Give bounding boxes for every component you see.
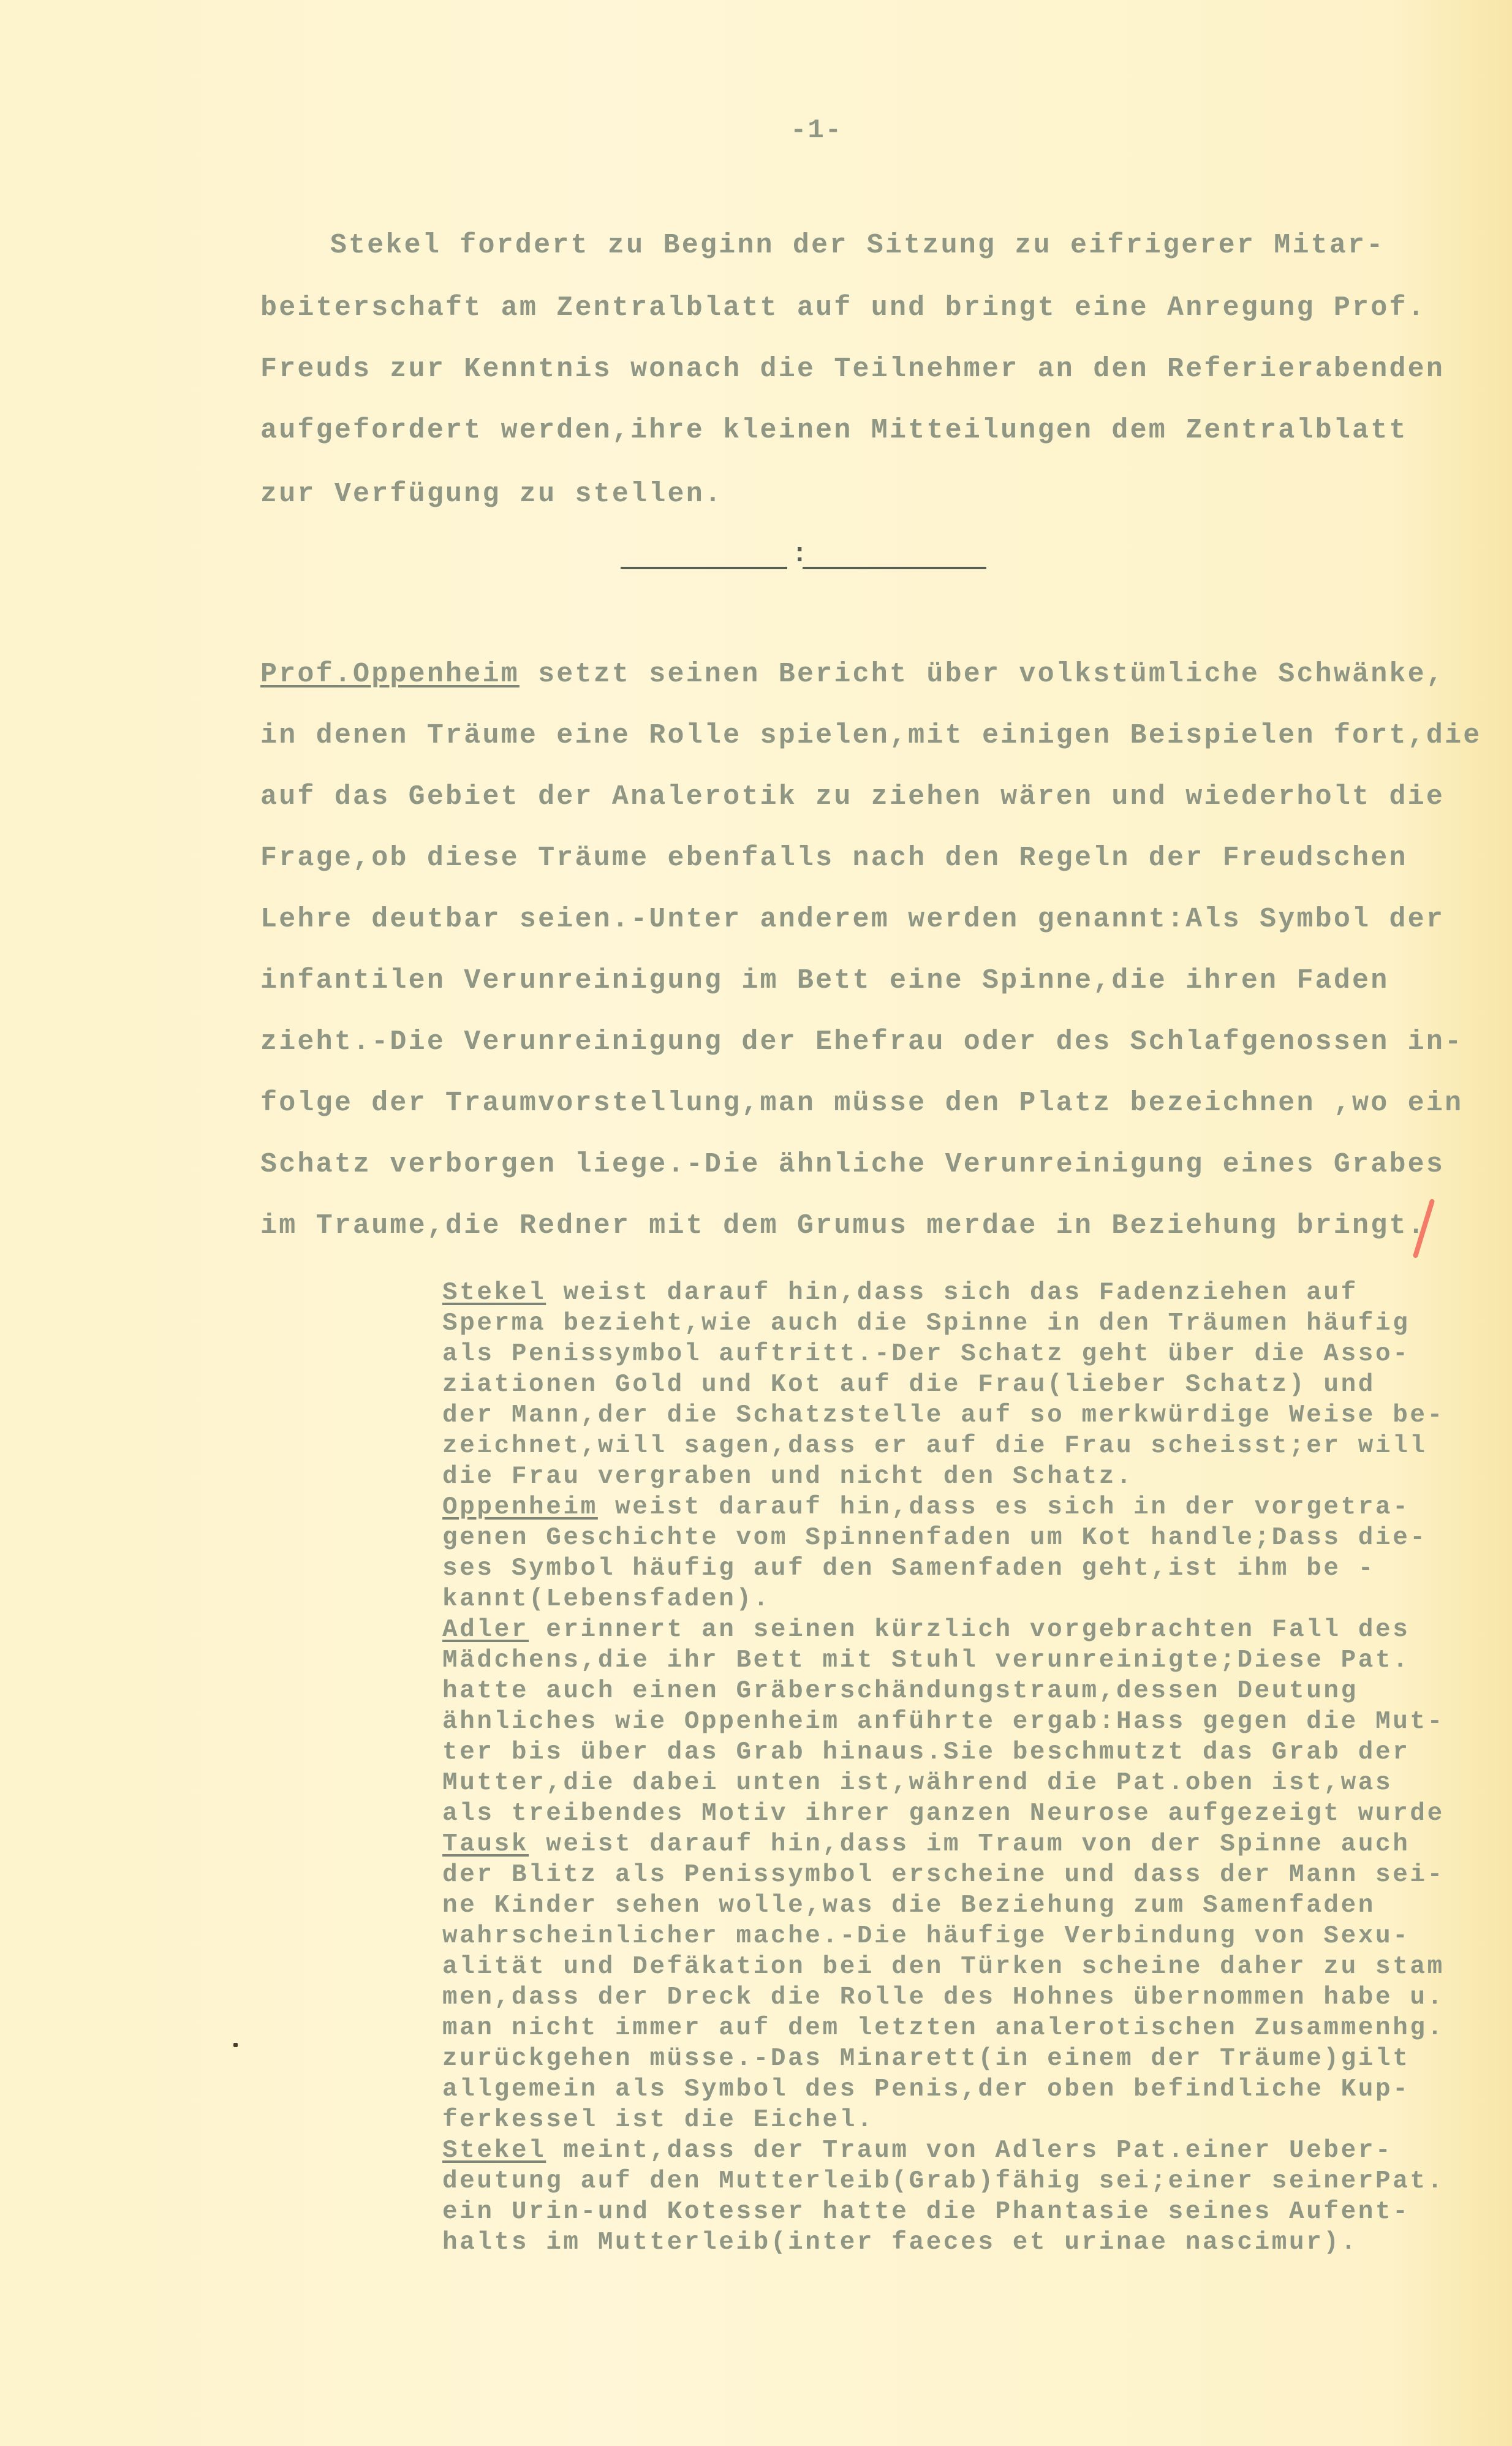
discussion-line: Stekel meint,dass der Traum von Adlers P… bbox=[442, 2138, 1393, 2164]
discussion-line: Stekel weist darauf hin,dass sich das Fa… bbox=[442, 1281, 1358, 1306]
discussion-line: genen Geschichte vom Spinnenfaden um Kot… bbox=[442, 1526, 1427, 1551]
discussion-line: man nicht immer auf dem letzten analerot… bbox=[442, 2016, 1445, 2041]
divider-colon: : bbox=[792, 539, 807, 570]
paragraph-line: zur Verfügung zu stellen. bbox=[260, 480, 723, 508]
paragraph-line: Schatz verborgen liege.-Die ähnliche Ver… bbox=[260, 1151, 1445, 1178]
discussion-line: Mädchens,die ihr Bett mit Stuhl verunrei… bbox=[442, 1648, 1410, 1673]
paragraph-line: aufgefordert werden,ihre kleinen Mitteil… bbox=[260, 417, 1408, 444]
discussion-line: allgemein als Symbol des Penis,der oben … bbox=[442, 2077, 1410, 2102]
discussion-line: Adler erinnert an seinen kürzlich vorgeb… bbox=[442, 1618, 1410, 1643]
discussion-line: ferkessel ist die Eichel. bbox=[442, 2108, 874, 2133]
discussion-line: deutung auf den Mutterleib(Grab)fähig se… bbox=[442, 2169, 1445, 2194]
speaker-name: Adler bbox=[442, 1616, 529, 1644]
paragraph-line: folge der Traumvorstellung,man müsse den… bbox=[260, 1089, 1463, 1117]
speaker-name: Stekel bbox=[442, 2137, 546, 2165]
speaker-name: Prof.Oppenheim bbox=[260, 659, 520, 690]
discussion-line: alität und Defäkation bei den Türken sch… bbox=[442, 1955, 1445, 1980]
discussion-line: ein Urin-und Kotesser hatte die Phantasi… bbox=[442, 2200, 1410, 2225]
discussion-line: die Frau vergraben und nicht den Schatz. bbox=[442, 1464, 1133, 1490]
paragraph-line: zieht.-Die Verunreinigung der Ehefrau od… bbox=[260, 1028, 1463, 1056]
discussion-line: men,dass der Dreck die Rolle des Hohnes … bbox=[442, 1985, 1445, 2010]
discussion-line: der Blitz als Penissymbol erscheine und … bbox=[442, 1863, 1445, 1888]
divider-line-right bbox=[803, 567, 986, 569]
discussion-line: ziationen Gold und Kot auf die Frau(lieb… bbox=[442, 1373, 1375, 1398]
paragraph-line: Stekel fordert zu Beginn der Sitzung zu … bbox=[256, 232, 1385, 259]
discussion-line: ähnliches wie Oppenheim anführte ergab:H… bbox=[442, 1710, 1445, 1735]
paragraph-line: infantilen Verunreinigung im Bett eine S… bbox=[260, 967, 1389, 994]
margin-speck bbox=[233, 2043, 238, 2047]
paragraph-line: im Traume,die Redner mit dem Grumus merd… bbox=[260, 1212, 1426, 1240]
speaker-name: Oppenheim bbox=[442, 1493, 598, 1521]
discussion-line: kannt(Lebensfaden). bbox=[442, 1587, 771, 1612]
discussion-line: Sperma bezieht,wie auch die Spinne in de… bbox=[442, 1311, 1410, 1336]
paragraph-line: in denen Träume eine Rolle spielen,mit e… bbox=[260, 722, 1482, 749]
discussion-line: zurückgehen müsse.-Das Minarett(in einem… bbox=[442, 2047, 1410, 2072]
discussion-line: halts im Mutterleib(inter faeces et urin… bbox=[442, 2230, 1358, 2255]
paragraph-line: beiterschaft am Zentralblatt auf und bri… bbox=[260, 294, 1426, 322]
page-number: -1- bbox=[790, 115, 842, 146]
paragraph-line: Frage,ob diese Träume ebenfalls nach den… bbox=[260, 844, 1408, 872]
discussion-line: ter bis über das Grab hinaus.Sie beschmu… bbox=[442, 1740, 1410, 1765]
discussion-line: ses Symbol häufig auf den Samenfaden geh… bbox=[442, 1556, 1375, 1581]
discussion-line: Tausk weist darauf hin,dass im Traum von… bbox=[442, 1832, 1410, 1857]
discussion-line: zeichnet,will sagen,dass er auf die Frau… bbox=[442, 1434, 1427, 1459]
paragraph-line: Lehre deutbar seien.-Unter anderem werde… bbox=[260, 906, 1445, 933]
speaker-name: Tausk bbox=[442, 1830, 529, 1858]
paragraph-line: Freuds zur Kenntnis wonach die Teilnehme… bbox=[260, 355, 1445, 383]
divider-line-left bbox=[621, 567, 787, 569]
speaker-name: Stekel bbox=[442, 1279, 546, 1307]
discussion-line: hatte auch einen Gräberschändungstraum,d… bbox=[442, 1679, 1358, 1704]
discussion-line: als treibendes Motiv ihrer ganzen Neuros… bbox=[442, 1801, 1445, 1827]
discussion-line: als Penissymbol auftritt.-Der Schatz geh… bbox=[442, 1342, 1410, 1367]
paragraph-line: auf das Gebiet der Analerotik zu ziehen … bbox=[260, 783, 1445, 811]
discussion-line: wahrscheinlicher mache.-Die häufige Verb… bbox=[442, 1924, 1410, 1949]
discussion-line: Oppenheim weist darauf hin,dass es sich … bbox=[442, 1495, 1410, 1520]
discussion-line: ne Kinder sehen wolle,was die Beziehung … bbox=[442, 1893, 1375, 1918]
discussion-line: Mutter,die dabei unten ist,während die P… bbox=[442, 1771, 1393, 1796]
discussion-line: der Mann,der die Schatzstelle auf so mer… bbox=[442, 1403, 1445, 1428]
paragraph-line: Prof.Oppenheim setzt seinen Bericht über… bbox=[260, 661, 1445, 688]
